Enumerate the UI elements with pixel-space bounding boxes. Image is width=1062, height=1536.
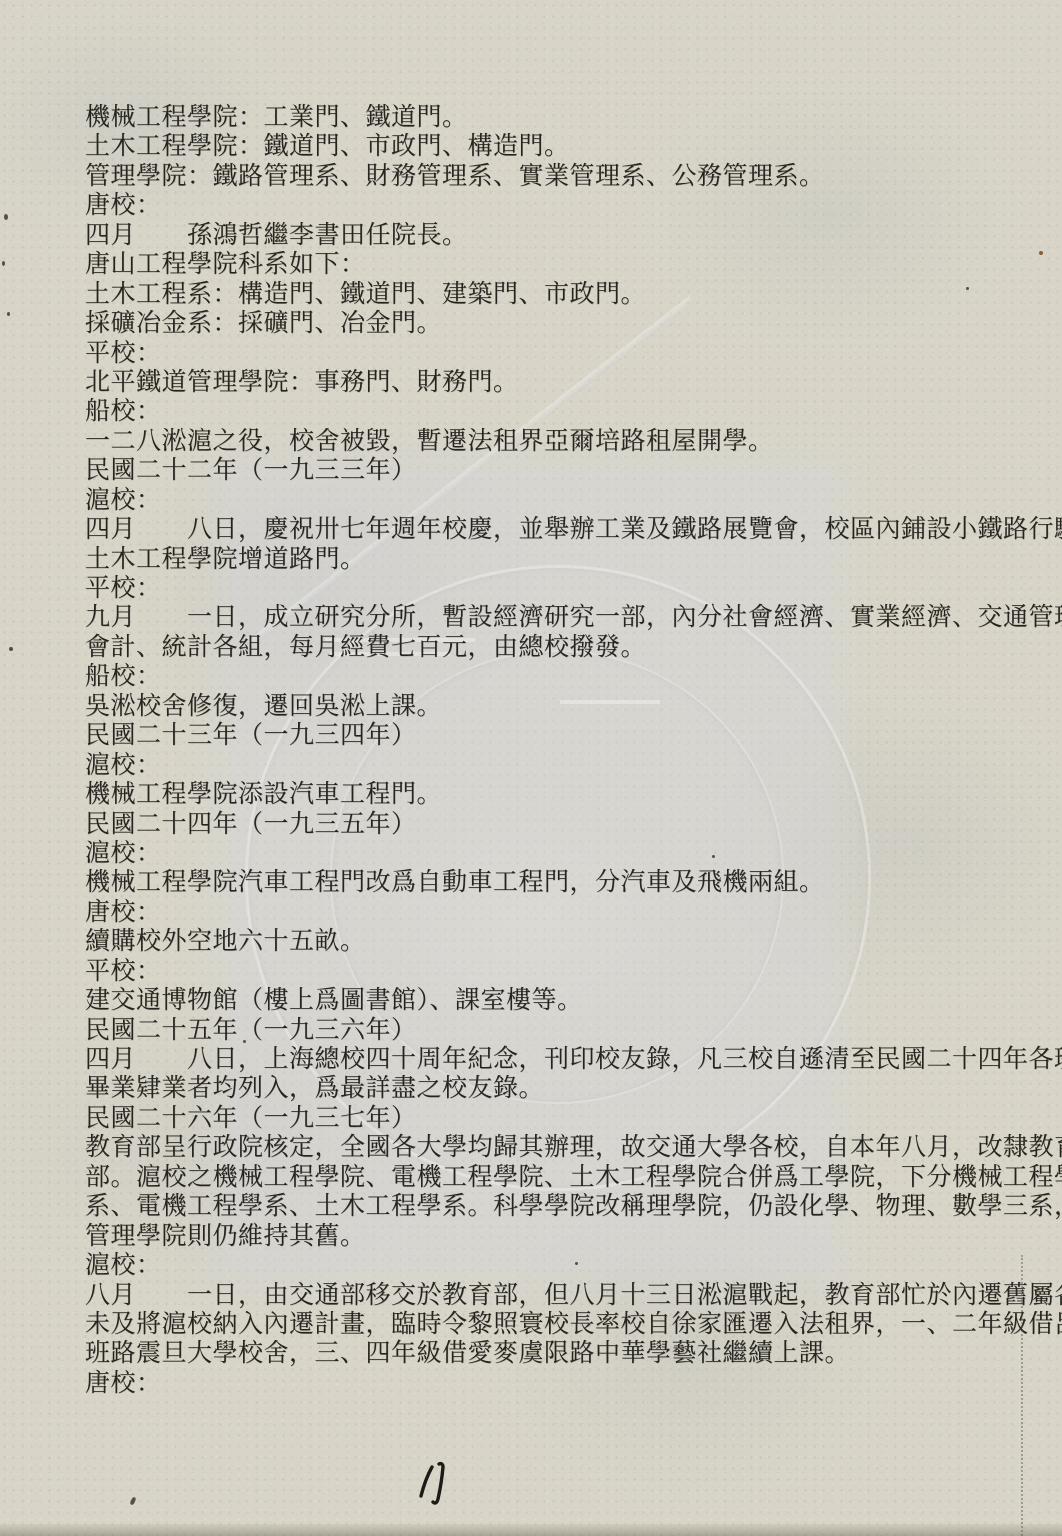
- text-line: 平校：: [85, 574, 965, 603]
- scan-speck-red: [1039, 251, 1043, 255]
- text-line: 船校：: [85, 397, 965, 426]
- text-line: 四月 八日，慶祝卅七年週年校慶，並舉辦工業及鐵路展覽會，校區內鋪設小鐵路行駛。: [85, 515, 965, 544]
- text-line: 民國二十六年（一九三七年）: [85, 1104, 965, 1133]
- text-line: 土木工程學院增道路門。: [85, 545, 965, 574]
- text-line: 民國二十五年（一九三六年）: [85, 1016, 965, 1045]
- text-line: 一二八淞滬之役，校舍被毀，暫遷法租界亞爾培路租屋開學。: [85, 427, 965, 456]
- text-line: 續購校外空地六十五畝。: [85, 927, 965, 956]
- scan-speck: [575, 1262, 578, 1265]
- text-line: 民國二十二年（一九三三年）: [85, 456, 965, 485]
- text-line: 建交通博物館（樓上爲圖書館）、課室樓等。: [85, 986, 965, 1015]
- scan-speck: [4, 214, 8, 220]
- scan-speck: [9, 647, 13, 651]
- text-line: 土木工程系：構造門、鐵道門、建築門、市政門。: [85, 280, 965, 309]
- text-line: 民國二十三年（一九三四年）: [85, 721, 965, 750]
- text-line: 滬校：: [85, 1251, 965, 1280]
- text-line: 北平鐵道管理學院：事務門、財務門。: [85, 368, 965, 397]
- text-line: 八月 一日，由交通部移交於教育部，但八月十三日淞滬戰起，教育部忙於內遷舊屬各校，: [85, 1281, 965, 1310]
- text-line: 土木工程學院：鐵道門、市政門、構造門。: [85, 132, 965, 161]
- text-line: 唐校：: [85, 191, 965, 220]
- text-line: 管理學院：鐵路管理系、財務管理系、實業管理系、公務管理系。: [85, 162, 965, 191]
- scan-speck: [243, 1040, 246, 1043]
- scan-speck: [2, 261, 5, 266]
- text-line: 吳淞校舍修復，遷回吳淞上課。: [85, 692, 965, 721]
- text-line: 採礦冶金系：採礦門、冶金門。: [85, 309, 965, 338]
- scan-speck: [712, 855, 715, 858]
- text-line: 會計、統計各組，每月經費七百元，由總校撥發。: [85, 633, 965, 662]
- text-line: 滬校：: [85, 486, 965, 515]
- text-line: 四月 八日，上海總校四十周年紀念，刊印校友錄，凡三校自遜清至民國二十四年各班級: [85, 1045, 965, 1074]
- text-line: 班路震旦大學校舍，三、四年級借愛麥虞限路中華學藝社繼續上課。: [85, 1339, 965, 1368]
- scan-speck: [7, 312, 10, 316]
- text-line: 機械工程學院汽車工程門改爲自動車工程門，分汽車及飛機兩組。: [85, 868, 965, 897]
- text-line: 部。滬校之機械工程學院、電機工程學院、土木工程學院合併爲工學院，下分機械工程學: [85, 1163, 965, 1192]
- text-line: 滬校：: [85, 839, 965, 868]
- scanned-document-page: 機械工程學院：工業門、鐵道門。土木工程學院：鐵道門、市政門、構造門。管理學院：鐵…: [0, 0, 1062, 1536]
- text-line: 教育部呈行政院核定，全國各大學均歸其辦理，故交通大學各校，自本年八月，改隸教育: [85, 1133, 965, 1162]
- handwritten-11-strokes: [405, 1452, 465, 1514]
- text-line: 唐校：: [85, 898, 965, 927]
- text-line: 平校：: [85, 957, 965, 986]
- text-line: 船校：: [85, 662, 965, 691]
- document-text-block: 機械工程學院：工業門、鐵道門。土木工程學院：鐵道門、市政門、構造門。管理學院：鐵…: [85, 103, 965, 1398]
- text-line: 機械工程學院：工業門、鐵道門。: [85, 103, 965, 132]
- handwritten-page-number: [405, 1452, 465, 1514]
- text-line: 未及將滬校納入內遷計畫，臨時令黎照寰校長率校自徐家匯遷入法租界，一、二年級借呂: [85, 1310, 965, 1339]
- text-line: 畢業肄業者均列入，爲最詳盡之校友錄。: [85, 1074, 965, 1103]
- scan-right-edge-perforation: [1021, 1255, 1023, 1536]
- text-line: 九月 一日，成立研究分所，暫設經濟研究一部，內分社會經濟、實業經濟、交通管理、: [85, 603, 965, 632]
- scan-bottom-edge-shadow: [0, 1524, 1062, 1536]
- text-line: 滬校：: [85, 751, 965, 780]
- text-line: 民國二十四年（一九三五年）: [85, 810, 965, 839]
- text-line: 四月 孫鴻哲繼李書田任院長。: [85, 221, 965, 250]
- text-line: 管理學院則仍維持其舊。: [85, 1222, 965, 1251]
- scan-pen-mark: [129, 1497, 136, 1506]
- text-line: 唐山工程學院科系如下：: [85, 250, 965, 279]
- text-line: 唐校：: [85, 1369, 965, 1398]
- text-line: 系、電機工程學系、土木工程學系。科學學院改稱理學院，仍設化學、物理、數學三系，: [85, 1192, 965, 1221]
- scan-speck: [966, 287, 969, 290]
- text-line: 機械工程學院添設汽車工程門。: [85, 780, 965, 809]
- text-line: 平校：: [85, 339, 965, 368]
